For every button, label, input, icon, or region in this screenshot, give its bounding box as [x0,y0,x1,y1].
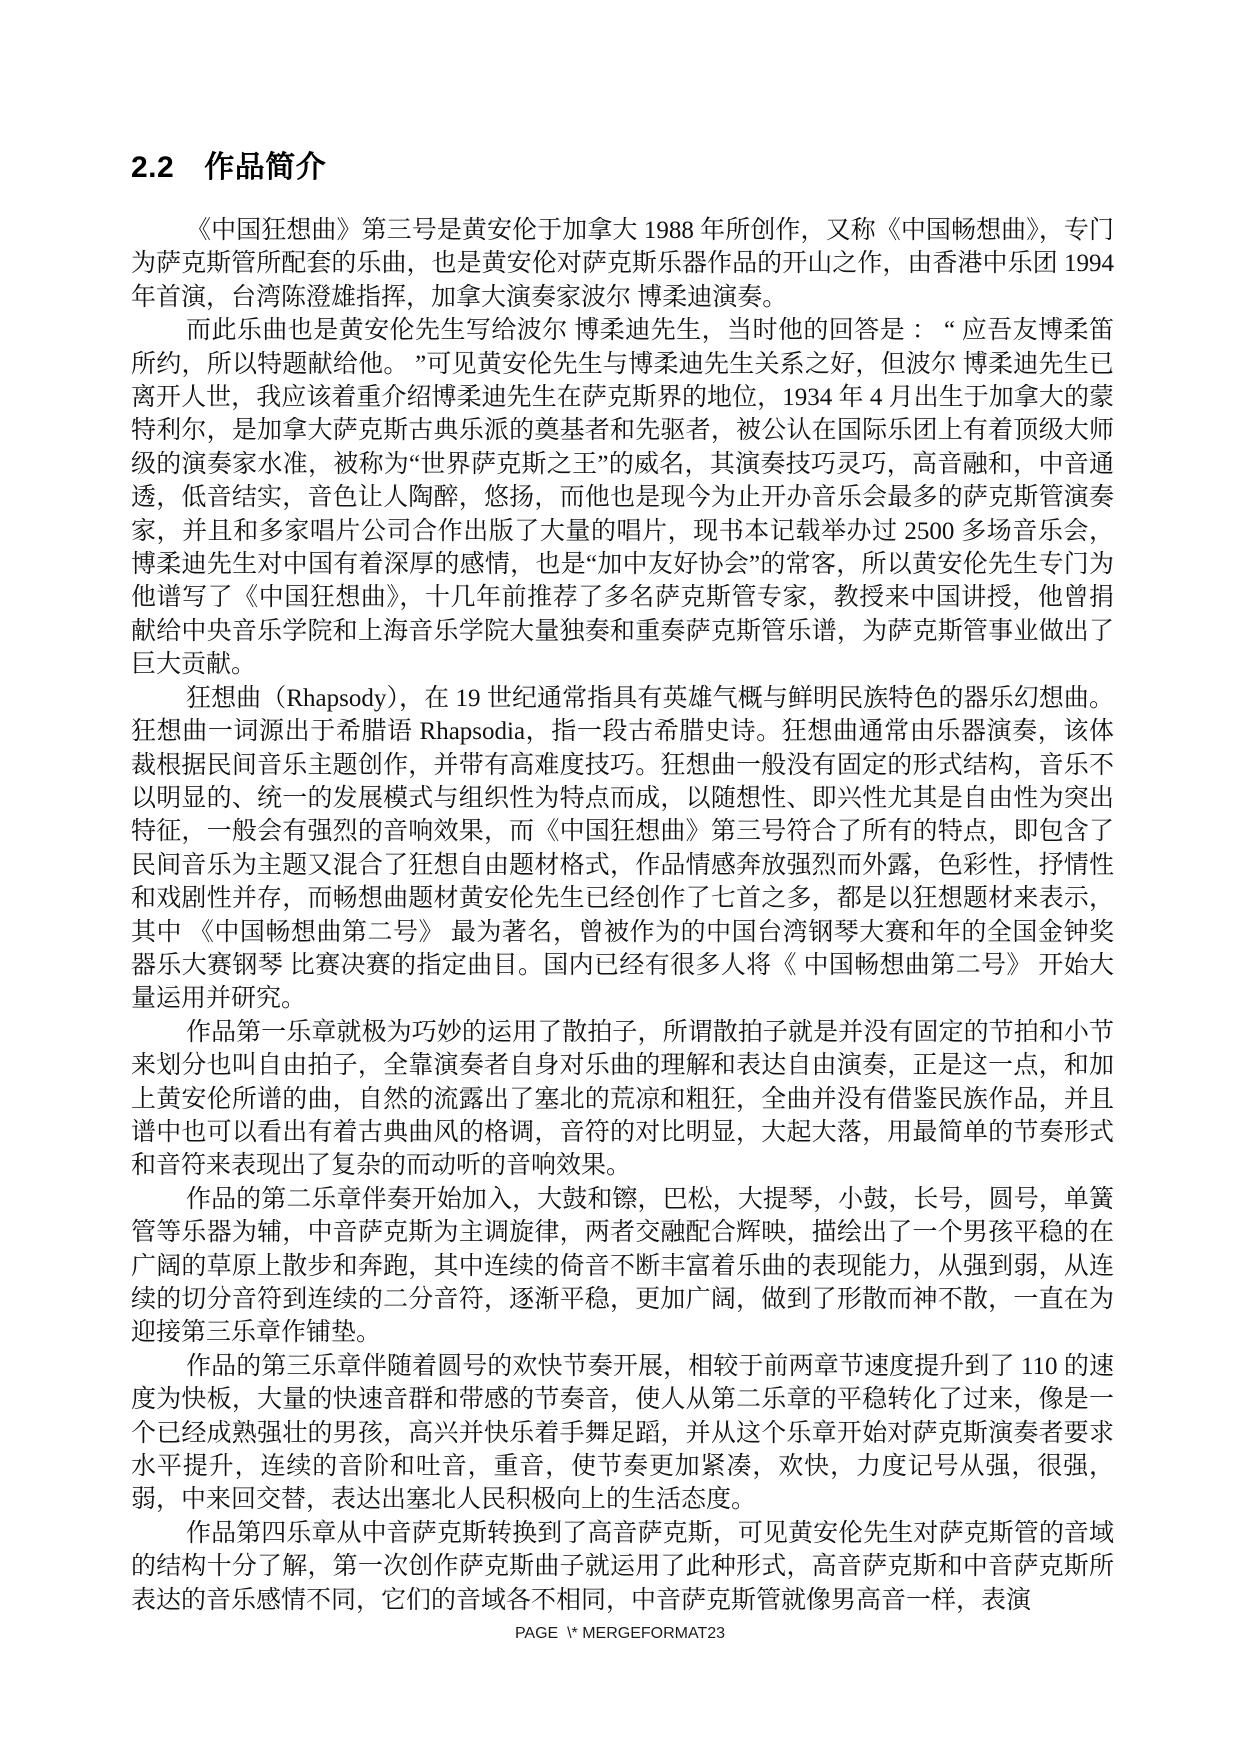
page-footer-field: PAGE \* MERGEFORMAT23 [0,1625,1240,1643]
section-title: 作品简介 [204,151,326,184]
paragraph-3: 狂想曲（Rhapsody），在 19 世纪通常指具有英雄气概与鲜明民族特色的器乐… [131,682,1114,1016]
section-heading: 2.2作品简介 [131,148,1114,188]
section-number: 2.2 [131,151,174,184]
paragraph-6: 作品的第三乐章伴随着圆号的欢快节奏开展，相较于前两章节速度提升到了 110 的速… [131,1350,1114,1517]
paragraph-1: 《中国狂想曲》第三号是黄安伦于加拿大 1988 年所创作，又称《中国畅想曲》，专… [131,214,1114,314]
section-text: 《中国狂想曲》第三号是黄安伦于加拿大 1988 年所创作，又称《中国畅想曲》，专… [131,214,1114,1617]
paragraph-7: 作品第四乐章从中音萨克斯转换到了高音萨克斯，可见黄安伦先生对萨克斯管的音域的结构… [131,1517,1114,1617]
page-body: 2.2作品简介 《中国狂想曲》第三号是黄安伦于加拿大 1988 年所创作，又称《… [131,148,1114,1617]
paragraph-5: 作品的第二乐章伴奏开始加入，大鼓和镲，巴松，大提琴，小鼓，长号，圆号，单簧管等乐… [131,1183,1114,1350]
paragraph-2: 而此乐曲也是黄安伦先生写给波尔 博柔迪先生，当时他的回答是 ： “ 应吾友博柔笛… [131,314,1114,681]
paragraph-4: 作品第一乐章就极为巧妙的运用了散拍子，所谓散拍子就是并没有固定的节拍和小节来划分… [131,1016,1114,1183]
document-page: 2.2作品简介 《中国狂想曲》第三号是黄安伦于加拿大 1988 年所创作，又称《… [0,0,1240,1754]
